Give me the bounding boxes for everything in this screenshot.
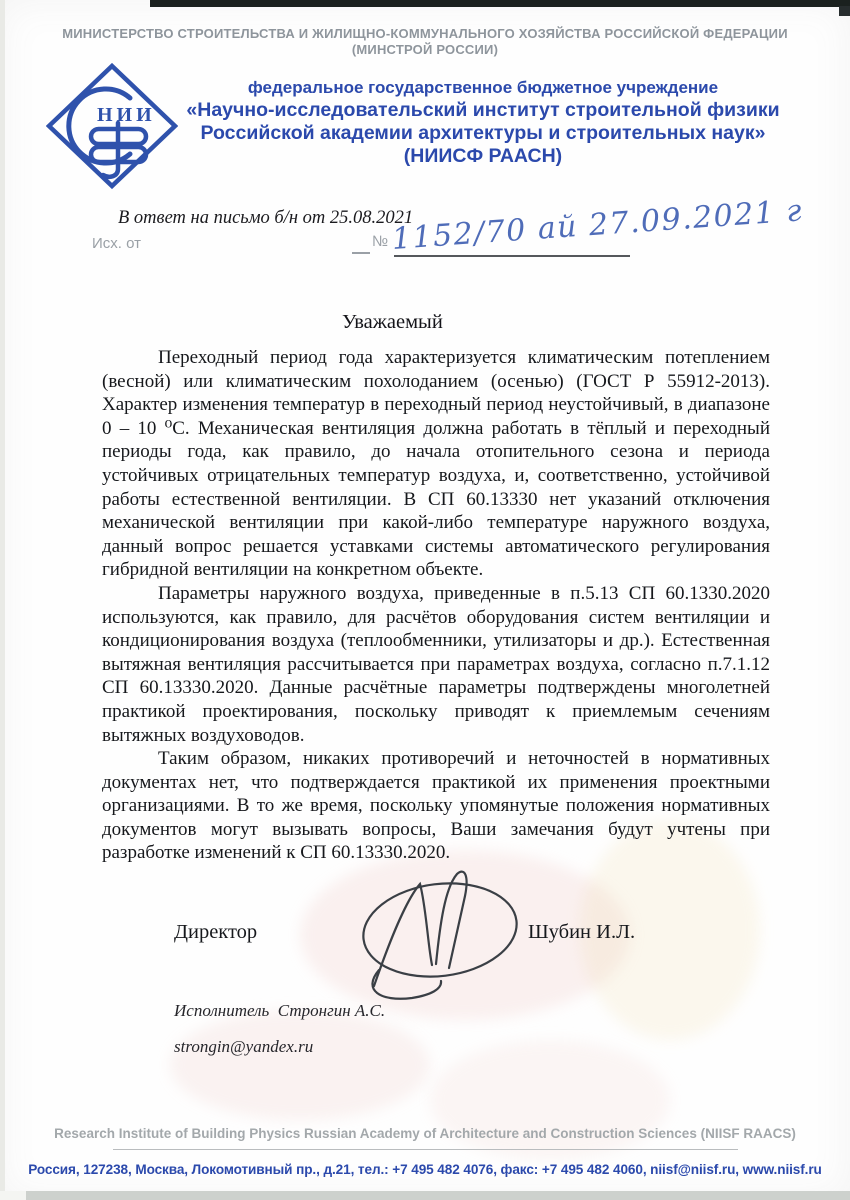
director-name: Шубин И.Л. xyxy=(528,921,635,944)
org-name-line-4: (НИИСФ РААСН) xyxy=(158,145,808,168)
footer-english-line: Research Institute of Building Physics R… xyxy=(0,1126,850,1141)
executor-line: Исполнитель Стронгин А.С. xyxy=(174,1001,385,1021)
paragraph-3: Таким образом, никаких противоречий и не… xyxy=(102,747,770,865)
reply-reference-line: В ответ на письмо б/н от 25.08.2021 xyxy=(118,208,413,229)
number-sign: № xyxy=(372,233,388,250)
scan-bottom-notch xyxy=(0,1191,26,1200)
footer-divider xyxy=(113,1149,738,1150)
org-name-line-2: «Научно-исследовательский институт строи… xyxy=(158,99,808,122)
number-rule xyxy=(394,255,630,257)
handwritten-number: 1152/70 ай 27.09.2021 г xyxy=(391,189,850,257)
outgoing-label: Исх. от xyxy=(92,235,141,252)
footer-russian-line: Россия, 127238, Москва, Локомотивный пр.… xyxy=(0,1162,850,1177)
watermark-bleed-2 xyxy=(170,1010,430,1120)
org-name-line-1: федеральное государственное бюджетное уч… xyxy=(158,79,808,97)
signature-stroke-loop xyxy=(436,872,467,968)
director-label: Директор xyxy=(174,921,257,944)
letter-body: Переходный период года характеризуется к… xyxy=(102,346,770,865)
number-pre-rule xyxy=(352,252,370,254)
scan-edge-left xyxy=(0,0,5,1200)
watermark-bleed-4 xyxy=(430,1040,670,1160)
director-signature xyxy=(338,862,528,1012)
logo-c-arc xyxy=(69,89,130,163)
logo-letters: НИИ xyxy=(97,104,156,126)
salutation: Уважаемый xyxy=(342,311,443,334)
organization-name-block: федеральное государственное бюджетное уч… xyxy=(158,79,808,168)
org-name-line-3: Российской академии архитектуры и строит… xyxy=(158,122,808,145)
paragraph-2: Параметры наружного воздуха, приведенные… xyxy=(102,582,770,747)
ministry-line-2: (МИНСТРОЙ РОССИИ) xyxy=(0,42,850,58)
signature-stroke-l xyxy=(374,884,432,986)
scan-edge-strip-bottom xyxy=(0,1191,850,1200)
ministry-line-1: МИНИСТЕРСТВО СТРОИТЕЛЬСТВА И ЖИЛИЩНО-КОМ… xyxy=(0,26,850,42)
signature-svg xyxy=(338,862,528,1012)
scan-corner-mark xyxy=(839,6,850,16)
scan-edge-strip-top xyxy=(150,0,850,7)
paragraph-1: Переходный период года характеризуется к… xyxy=(102,346,770,582)
ministry-header: МИНИСТЕРСТВО СТРОИТЕЛЬСТВА И ЖИЛИЩНО-КОМ… xyxy=(0,26,850,58)
executor-email: strongin@yandex.ru xyxy=(174,1037,313,1057)
scanned-letter-page: МИНИСТЕРСТВО СТРОИТЕЛЬСТВА И ЖИЛИЩНО-КОМ… xyxy=(0,0,850,1200)
